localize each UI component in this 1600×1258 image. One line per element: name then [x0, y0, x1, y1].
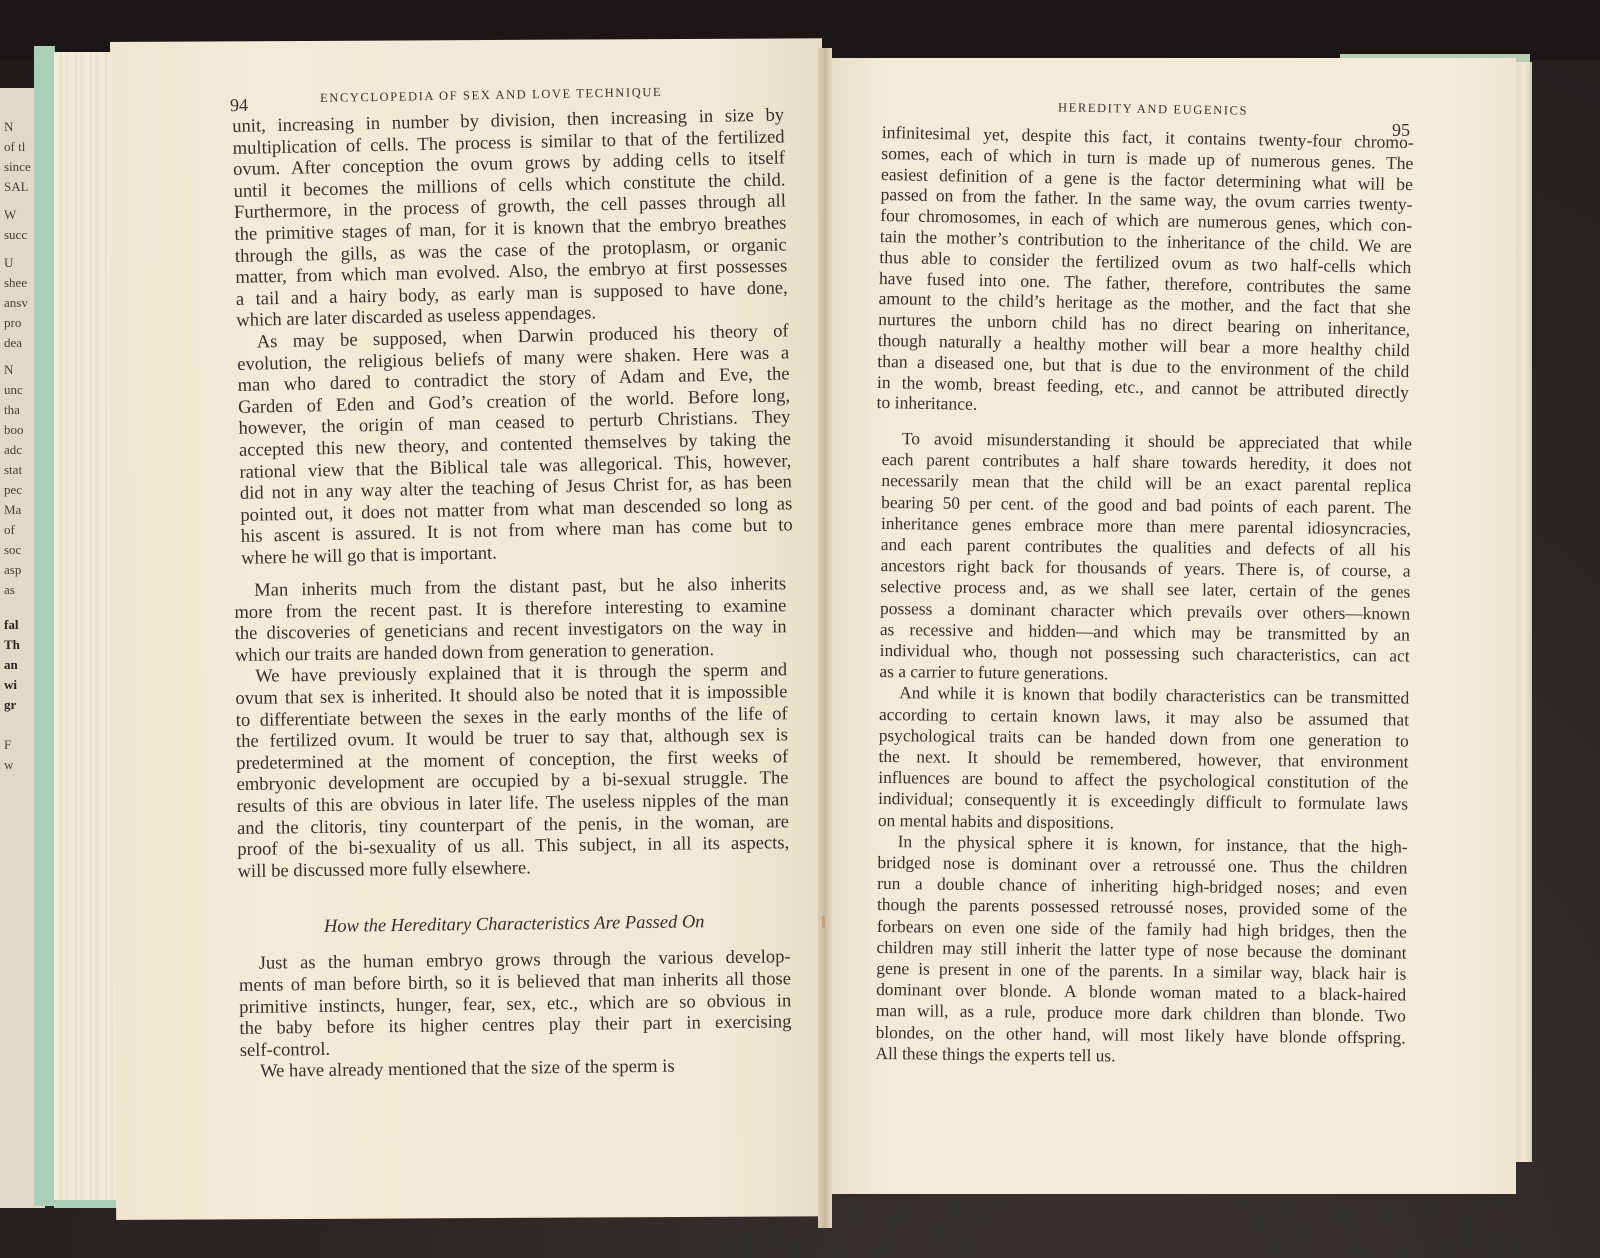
underlying-text-fragment: SAL	[4, 180, 29, 193]
right-page-body-bottom: To avoid misunderstanding it should be a…	[875, 428, 1412, 1070]
section-subheading: How the Hereditary Characteristics Are P…	[238, 912, 790, 940]
paragraph: Man inherits much from the distant past,…	[234, 573, 787, 666]
underlying-text-fragment: w	[4, 758, 13, 771]
underlying-text-fragment: of tl	[4, 140, 25, 153]
underlying-text-fragment: N	[4, 120, 13, 133]
page-number-left: 94	[230, 95, 248, 116]
right-page-body-top: infinitesimal yet, despite this fact, it…	[876, 122, 1413, 423]
underlying-text-fragment: gr	[4, 698, 16, 711]
underlying-text-fragment: pro	[4, 316, 21, 329]
underlying-text-fragment: succ	[4, 228, 27, 241]
paragraph: Just as the human embryo grows through t…	[239, 947, 792, 1062]
paragraph: infinitesimal yet, despite this fact, it…	[876, 122, 1413, 423]
underlying-text-fragment: since	[4, 160, 31, 173]
underlying-text-fragment: an	[4, 658, 18, 671]
underlying-text-fragment: W	[4, 208, 16, 221]
green-cloth-cover-edge	[34, 46, 55, 1206]
paragraph: And while it is known that bodily charac…	[878, 682, 1410, 836]
paragraph: As may be supposed, when Darwin produced…	[237, 320, 794, 569]
paper-mark	[822, 916, 825, 928]
left-page-body-top: unit, increasing in number by division, …	[232, 104, 793, 569]
paragraph: In the physical sphere it is known, for …	[875, 831, 1407, 1070]
book-gutter	[818, 48, 832, 1228]
underlying-text-fragment: soc	[4, 543, 21, 556]
left-page-body-bottom: Man inherits much from the distant past,…	[234, 573, 792, 1083]
underlying-text-fragment: of	[4, 523, 15, 536]
underlying-text-fragment: adc	[4, 443, 22, 456]
underlying-text-fragment: as	[4, 583, 15, 596]
underlying-text-fragment: tha	[4, 403, 20, 416]
underlying-text-fragment: unc	[4, 383, 23, 396]
underlying-text-fragment: pec	[4, 483, 22, 496]
underlying-text-fragment: N	[4, 363, 13, 376]
paragraph: unit, increasing in number by division, …	[232, 104, 788, 331]
page-stack-right	[1514, 62, 1532, 1162]
underlying-text-fragment: wi	[4, 678, 17, 691]
underlying-text-fragment: fal	[4, 618, 18, 631]
underlying-text-fragment: asp	[4, 563, 21, 576]
underlying-text-fragment: F	[4, 738, 11, 751]
underlying-text-fragment: dea	[4, 336, 22, 349]
underlying-text-fragment: stat	[4, 463, 22, 476]
underlying-text-fragment: ansv	[4, 296, 28, 309]
underlying-text-fragment: U	[4, 256, 13, 269]
underlying-text-fragment: boo	[4, 423, 24, 436]
underlying-text-fragment: Th	[4, 638, 20, 651]
underlying-text-fragment: Ma	[4, 503, 21, 516]
underlying-text-fragment: shee	[4, 276, 27, 289]
paragraph: We have previously explained that it is …	[235, 660, 790, 883]
paragraph: To avoid misunderstanding it should be a…	[879, 428, 1412, 688]
